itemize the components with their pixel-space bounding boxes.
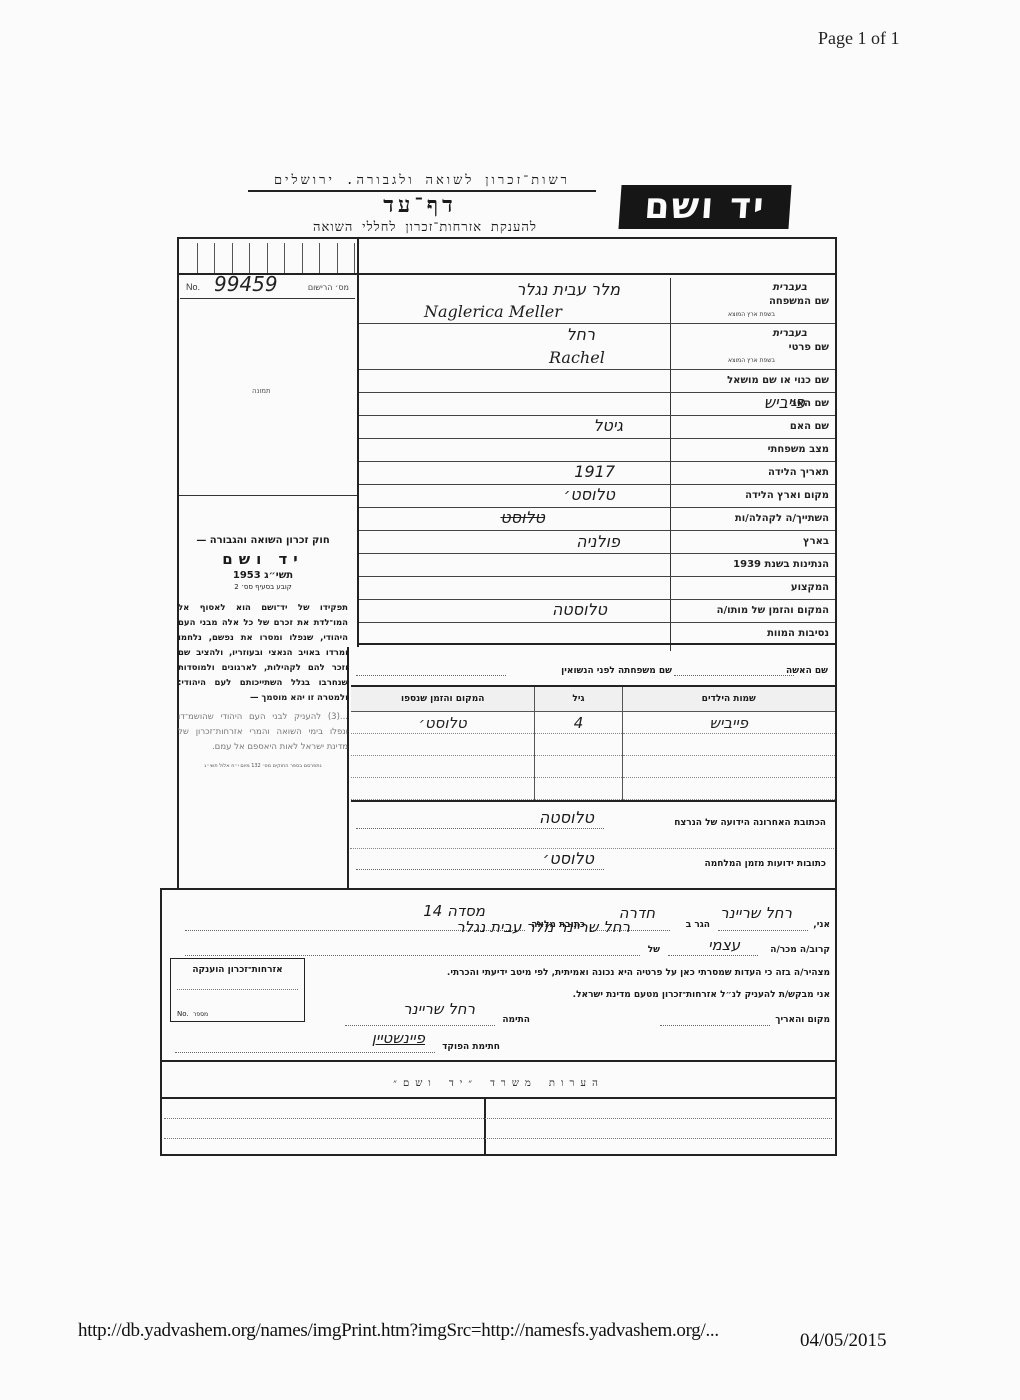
field-birth-place: מקום וארץ הלידה טלוסט׳	[359, 485, 835, 508]
dotted-line	[185, 955, 640, 956]
field-value-hebrew[interactable]: מלר עבית נגלר	[516, 280, 620, 299]
law-name: יד ושם	[178, 550, 348, 568]
statement-request: אני מבקש/ת להעניק לנ״ל אזרחות־זכרון מטעם…	[573, 990, 830, 1000]
wartime-address-label: כתובות ידועות מזמן המלחמה	[705, 859, 826, 869]
field-profession: המקצוע	[359, 577, 835, 600]
field-nickname: שם כנוי או שם מושאל	[359, 370, 835, 393]
table-row	[351, 756, 835, 778]
field-nationality-1939: הנתינות בשנת 1939	[359, 554, 835, 577]
last-known-address-value[interactable]: טלוסטה	[539, 808, 594, 827]
column-header: שמות הילדים	[622, 687, 835, 712]
law-year: תשי״ג 1953	[178, 570, 348, 581]
dotted-line	[356, 828, 604, 829]
column-header: המקום והזמן שנספו	[351, 687, 535, 712]
divider	[484, 1099, 486, 1156]
field-value-latin[interactable]: Naglerica Meller	[424, 302, 562, 321]
divider	[160, 1060, 837, 1062]
registration-number-field: No. 99459 מס׳ הרישום	[180, 276, 355, 299]
remarks-line[interactable]	[164, 1138, 832, 1139]
field-sublabel: בעברית	[772, 282, 807, 293]
field-value-latin[interactable]: Rachel	[549, 348, 605, 367]
field-label: נסיבות המוות	[767, 628, 829, 639]
field-death-place-time: המקום והזמן של מותו/ה טלוסטה	[359, 600, 835, 623]
divider	[160, 1097, 837, 1099]
field-label: מקום וארץ הלידה	[745, 490, 829, 501]
declarant-name[interactable]: רחל שריינר	[720, 904, 792, 922]
field-label: השתייך/ה לקהלה/ות	[735, 513, 829, 524]
child-name[interactable]	[622, 734, 835, 756]
field-label: שם המשפחה	[769, 296, 829, 307]
wife-name-input[interactable]	[674, 675, 794, 676]
wartime-address-value[interactable]: טלוסט׳	[543, 849, 594, 868]
child-age[interactable]	[535, 756, 622, 778]
table-row: פייביש 4 טלוסט׳	[351, 712, 835, 734]
table-row	[351, 734, 835, 756]
field-value[interactable]: טלוסט	[500, 508, 545, 527]
photo-label: תמונה	[252, 387, 271, 395]
field-label: שם האם	[790, 421, 829, 432]
i-label: אני,	[813, 920, 830, 930]
field-label: תאריך הלידה	[768, 467, 829, 478]
place-date-input[interactable]	[660, 1025, 770, 1026]
field-label: מצב משפחתי	[768, 444, 829, 455]
field-sublabel: בעברית	[772, 328, 807, 339]
yad-vashem-logo: יד ושם	[618, 185, 791, 229]
form-subtitle: להענקת אזרחות־זכרון לחללי השואה	[280, 219, 570, 235]
divider	[179, 495, 357, 496]
child-name[interactable]	[622, 756, 835, 778]
field-value[interactable]: 1917	[574, 462, 615, 481]
child-death-place[interactable]	[351, 756, 535, 778]
child-name[interactable]: פייביש	[622, 712, 835, 734]
field-death-circumstances: נסיבות המוות	[359, 623, 835, 645]
code-boxes	[180, 243, 355, 273]
no-label: No.	[186, 282, 200, 292]
field-label: שם פרטי	[789, 342, 829, 353]
organization-name: רשות־זכרון לשואה ולגבורה. ירושלים	[248, 172, 596, 192]
field-value[interactable]: פולניה	[576, 532, 620, 551]
child-death-place[interactable]	[351, 778, 535, 800]
wife-row: שם האשה שם משפחתה לפני הנשואין	[352, 660, 832, 684]
field-label: בארץ	[803, 536, 829, 547]
stamp-number-label: מספר	[193, 1011, 208, 1018]
officer-signature-value[interactable]: פיינשטיין	[372, 1029, 425, 1047]
law-footnote: נתפרסם בספר החוקים מס׳ 132 מיום י״ח אלול…	[178, 763, 348, 769]
footer-url: http://db.yadvashem.org/names/imgPrint.h…	[78, 1320, 719, 1342]
relation-label: קרוב/ה מכר/ה	[770, 945, 830, 955]
resides-label: הגר ב	[686, 920, 710, 930]
place-date-label: מקום והאריך	[775, 1015, 830, 1025]
registration-label: מס׳ הרישום	[308, 283, 349, 292]
field-country: בארץ פולניה	[359, 531, 835, 554]
child-age[interactable]: 4	[535, 712, 622, 734]
personal-details: בעברית שם המשפחה בשפת ארץ המוצא מלר עבית…	[359, 278, 835, 645]
child-death-place[interactable]: טלוסט׳	[351, 712, 535, 734]
table-row	[351, 778, 835, 800]
dotted-line	[356, 869, 604, 870]
field-birth-date: תאריך הלידה 1917	[359, 462, 835, 485]
of-value[interactable]: רחל שריינר מלר עבית נגלר	[456, 918, 630, 936]
dotted-line	[718, 930, 808, 931]
of-label: של	[648, 945, 660, 955]
field-label: שם כנוי או שם מושאל	[727, 375, 829, 386]
remarks-title: הערות משרד ״יד ושם״	[160, 1078, 837, 1089]
field-family-name: בעברית שם המשפחה בשפת ארץ המוצא מלר עבית…	[359, 278, 835, 324]
field-value[interactable]: טלוסטה	[552, 600, 607, 619]
law-body: תפקידו של יד־ושם הוא לאסוף אל המו־לדת את…	[178, 601, 348, 706]
field-label: הנתינות בשנת 1939	[733, 559, 829, 570]
field-value[interactable]: גיטל	[593, 416, 623, 435]
law-title: חוק זכרון השואה והגבורה —	[178, 535, 348, 546]
statement-truth: מצהיר/ה בזה כי העדות שמסרתי כאן על פרטיה…	[447, 968, 830, 978]
last-known-address-row: הכתובת האחרונה הידועה של הנרצח טלוסטה	[350, 808, 834, 838]
field-label: המקצוע	[791, 582, 829, 593]
dotted-line	[668, 955, 758, 956]
child-death-place[interactable]	[351, 734, 535, 756]
column-header: גיל	[535, 687, 622, 712]
signature-value[interactable]: רחל שריינר	[403, 1000, 475, 1018]
children-table: שמות הילדים גיל המקום והזמן שנספו פייביש…	[351, 685, 835, 802]
page-indicator: Page 1 of 1	[818, 28, 899, 49]
field-tiny-label: בשפת ארץ המוצא	[728, 357, 775, 364]
field-community: השתייך/ה לקהלה/ות טלוסט	[359, 508, 835, 531]
divider	[179, 273, 837, 275]
child-age[interactable]	[535, 734, 622, 756]
stamp-no-label: No.	[177, 1010, 189, 1018]
signature-label: התימה	[502, 1015, 530, 1025]
field-tiny-label: בשפת ארץ המוצא	[728, 311, 775, 318]
dotted-line	[177, 989, 298, 990]
relation-value[interactable]: עצמי	[708, 936, 740, 954]
law-section: קובע בסעיף סס׳ 2	[178, 583, 348, 591]
registration-number: 99459	[214, 272, 278, 296]
citizenship-granted-box: אזרחות־זכרון הוענקה No. מספר	[170, 958, 305, 1022]
dotted-line	[175, 1052, 435, 1053]
child-age[interactable]	[535, 778, 622, 800]
field-value-hebrew[interactable]: רחל	[566, 325, 595, 344]
form-title: דף־עד	[350, 192, 490, 218]
maiden-name-input[interactable]	[356, 675, 506, 676]
last-known-address-label: הכתובת האחרונה הידועה של הנרצח	[674, 818, 826, 828]
law-clause: ...(3) להעניק לבני העם היהודי שהושמ־דו ו…	[178, 710, 348, 755]
field-father-name: שם האב פייביש	[359, 393, 835, 416]
officer-signature-label: חתימת הפוקד	[442, 1042, 500, 1052]
field-mother-name: שם האם גיטל	[359, 416, 835, 439]
dotted-line	[345, 1025, 495, 1026]
field-label: המקום והזמן של מותו/ה	[717, 605, 829, 616]
field-first-name: בעברית שם פרטי בשפת ארץ המוצא רחל Rachel	[359, 324, 835, 370]
maiden-name-label: שם משפחתה לפני הנשואין	[561, 666, 672, 676]
wartime-address-row: כתובות ידועות מזמן המלחמה טלוסט׳	[350, 848, 834, 879]
field-value[interactable]: טלוסט׳	[564, 485, 615, 504]
footer-date: 04/05/2015	[800, 1330, 887, 1352]
remarks-line[interactable]	[164, 1118, 832, 1119]
law-excerpt: חוק זכרון השואה והגבורה — יד ושם תשי״ג 1…	[178, 535, 348, 769]
stamp-title: אזרחות־זכרון הוענקה	[171, 959, 304, 975]
field-marital-status: מצב משפחתי	[359, 439, 835, 462]
child-name[interactable]	[622, 778, 835, 800]
